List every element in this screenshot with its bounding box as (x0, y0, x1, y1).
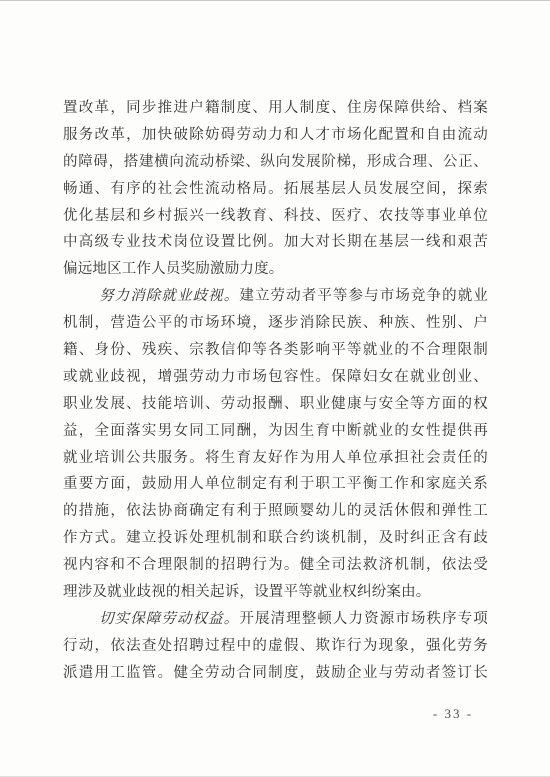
text-line: 派遣用工监管。健全劳动合同制度，鼓励企业与劳动者签订长 (63, 660, 488, 687)
text-block: 置改革，同步推进户籍制度、用人制度、住房保障供给、档案服务改革，加快破除妨碍劳动… (63, 95, 488, 687)
text-segment: 益，全面落实男女同工同酬，为因生育中断就业的女性提供再 (63, 423, 488, 439)
text-segment: 畅通、有序的社会性流动格局。拓展基层人员发展空间，探索 (63, 181, 488, 197)
text-line: 机制，营造公平的市场环境，逐步消除民族、种族、性别、户 (63, 310, 488, 337)
text-segment: 的障碍，搭建横向流动桥梁、纵向发展阶梯，形成合理、公正、 (63, 154, 488, 170)
text-segment: 的措施，依法协商确定有利于照顾婴幼儿的灵活休假和弹性工 (63, 503, 488, 519)
text-line: 置改革，同步推进户籍制度、用人制度、住房保障供给、档案 (63, 95, 488, 122)
text-segment: 派遣用工监管。健全劳动合同制度，鼓励企业与劳动者签订长 (63, 665, 488, 681)
text-segment: 视内容和不合理限制的招聘行为。健全司法救济机制，依法受 (63, 557, 488, 573)
text-line: 努力消除就业歧视。建立劳动者平等参与市场竞争的就业 (63, 283, 488, 310)
text-segment: 建立劳动者平等参与市场竞争的就业 (239, 288, 488, 304)
text-segment: 职业发展、技能培训、劳动报酬、职业健康与安全等方面的权 (63, 396, 488, 412)
text-line: 或就业歧视，增强劳动力市场包容性。保障妇女在就业创业、 (63, 364, 488, 391)
text-line: 理涉及就业歧视的相关起诉，设置平等就业权纠纷案由。 (63, 579, 488, 606)
text-line: 服务改革，加快破除妨碍劳动力和人才市场化配置和自由流动 (63, 122, 488, 149)
text-segment: 行动，依法查处招聘过程中的虚假、欺诈行为现象，强化劳务 (63, 638, 488, 654)
text-segment: 机制，营造公平的市场环境，逐步消除民族、种族、性别、户 (63, 315, 488, 331)
scan-edge-top (0, 0, 550, 1)
text-line: 益，全面落实男女同工同酬，为因生育中断就业的女性提供再 (63, 418, 488, 445)
text-segment: 偏远地区工作人员奖励激励力度。 (63, 261, 284, 277)
text-segment: 服务改革，加快破除妨碍劳动力和人才市场化配置和自由流动 (63, 127, 488, 143)
text-line: 重要方面，鼓励用人单位制定有利于职工平衡工作和家庭关系 (63, 471, 488, 498)
text-line: 职业发展、技能培训、劳动报酬、职业健康与安全等方面的权 (63, 391, 488, 418)
page-number: - 33 - (413, 706, 493, 722)
text-segment: 开展清理整顿人力资源市场秩序专项 (239, 611, 488, 627)
text-line: 优化基层和乡村振兴一线教育、科技、医疗、农技等事业单位 (63, 203, 488, 230)
text-segment: 中高级专业技术岗位设置比例。加大对长期在基层一线和艰苦 (63, 234, 488, 250)
document-page: 置改革，同步推进户籍制度、用人制度、住房保障供给、档案服务改革，加快破除妨碍劳动… (0, 0, 550, 777)
text-segment: 置改革，同步推进户籍制度、用人制度、住房保障供给、档案 (63, 100, 488, 116)
text-line: 行动，依法查处招聘过程中的虚假、欺诈行为现象，强化劳务 (63, 633, 488, 660)
text-line: 畅通、有序的社会性流动格局。拓展基层人员发展空间，探索 (63, 176, 488, 203)
text-line: 偏远地区工作人员奖励激励力度。 (63, 256, 488, 283)
text-segment: 籍、身份、残疾、宗教信仰等各类影响平等就业的不合理限制 (63, 342, 488, 358)
text-line: 籍、身份、残疾、宗教信仰等各类影响平等就业的不合理限制 (63, 337, 488, 364)
text-line: 视内容和不合理限制的招聘行为。健全司法救济机制，依法受 (63, 552, 488, 579)
text-line: 的障碍，搭建横向流动桥梁、纵向发展阶梯，形成合理、公正、 (63, 149, 488, 176)
text-line: 就业培训公共服务。将生育友好作为用人单位承担社会责任的 (63, 445, 488, 472)
text-segment: 重要方面，鼓励用人单位制定有利于职工平衡工作和家庭关系 (63, 476, 488, 492)
text-segment: 作方式。建立投诉处理机制和联合约谈机制，及时纠正含有歧 (63, 530, 488, 546)
paragraph-lead: 努力消除就业歧视。 (99, 288, 239, 304)
text-segment: 理涉及就业歧视的相关起诉，设置平等就业权纠纷案由。 (63, 584, 431, 600)
text-line: 切实保障劳动权益。开展清理整顿人力资源市场秩序专项 (63, 606, 488, 633)
text-line: 作方式。建立投诉处理机制和联合约谈机制，及时纠正含有歧 (63, 525, 488, 552)
text-line: 的措施，依法协商确定有利于照顾婴幼儿的灵活休假和弹性工 (63, 498, 488, 525)
text-line: 中高级专业技术岗位设置比例。加大对长期在基层一线和艰苦 (63, 229, 488, 256)
paragraph-lead: 切实保障劳动权益。 (99, 611, 239, 627)
text-segment: 或就业歧视，增强劳动力市场包容性。保障妇女在就业创业、 (63, 369, 488, 385)
text-segment: 优化基层和乡村振兴一线教育、科技、医疗、农技等事业单位 (63, 208, 488, 224)
text-segment: 就业培训公共服务。将生育友好作为用人单位承担社会责任的 (63, 450, 488, 466)
